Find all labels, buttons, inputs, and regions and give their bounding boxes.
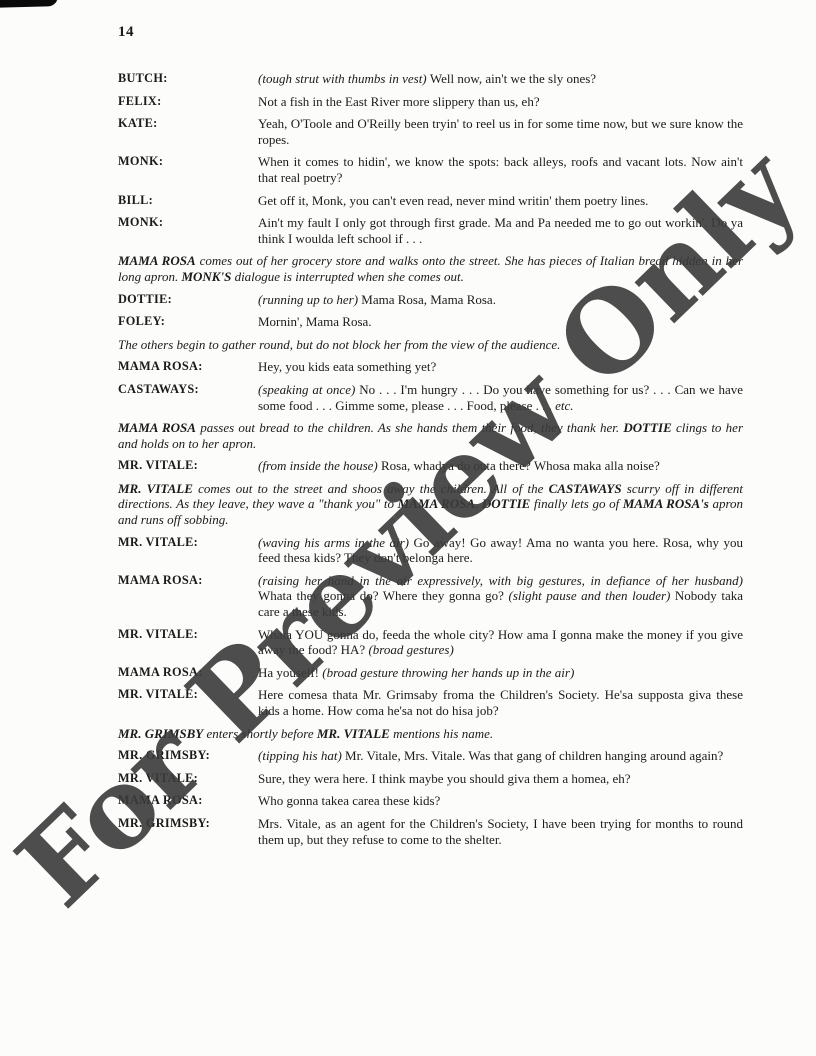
text-segment: DOTTIE [623, 420, 671, 435]
dialogue-row: MR. GRIMSBY:Mrs. Vitale, as an agent for… [118, 816, 743, 847]
dialogue-text: (from inside the house) Rosa, whadya do … [258, 458, 743, 474]
dialogue-text: Sure, they wera here. I think maybe you … [258, 771, 743, 787]
text-segment: enters shortly before [203, 726, 317, 741]
speaker-label: MR. VITALE: [118, 687, 258, 718]
speaker-label: FELIX: [118, 94, 258, 110]
direction-text: The others begin to gather round, but do… [118, 337, 743, 353]
text-segment: Sure, they wera here. I think maybe you … [258, 771, 631, 786]
text-segment: (slight pause and then louder) [509, 588, 675, 603]
direction-text: MR. VITALE comes out to the street and s… [118, 481, 743, 528]
speaker-label: MAMA ROSA: [118, 573, 258, 620]
speaker-label: MR. VITALE: [118, 771, 258, 787]
text-segment: Well now, ain't we the sly ones? [430, 71, 596, 86]
speaker-label: MAMA ROSA: [118, 359, 258, 375]
text-segment: Yeah, O'Toole and O'Reilly been tryin' t… [258, 116, 743, 147]
text-segment: (tough strut with thumbs in vest) [258, 71, 430, 86]
text-segment: etc. [555, 398, 573, 413]
text-segment: DOTTIE [482, 496, 530, 511]
text-segment: Who gonna takea carea these kids? [258, 793, 440, 808]
dialogue-row: MONK:Ain't my fault I only got through f… [118, 215, 743, 246]
dialogue-row: DOTTIE:(running up to her) Mama Rosa, Ma… [118, 292, 743, 308]
text-segment: MR. GRIMSBY [118, 726, 203, 741]
speaker-label: MR. VITALE: [118, 458, 258, 474]
dialogue-text: When it comes to hidin', we know the spo… [258, 154, 743, 185]
stage-direction: MR. VITALE comes out to the street and s… [118, 481, 743, 528]
dialogue-text: Whata YOU gonna do, feeda the whole city… [258, 627, 743, 658]
speaker-label: MONK: [118, 215, 258, 246]
speaker-label: CASTAWAYS: [118, 382, 258, 413]
text-segment: MAMA ROSA [398, 496, 475, 511]
speaker-label: MR. GRIMSBY: [118, 816, 258, 847]
document-page: 14 BUTCH:(tough strut with thumbs in ves… [0, 0, 816, 1056]
stage-direction: MAMA ROSA passes out bread to the childr… [118, 420, 743, 451]
dialogue-row: FELIX:Not a fish in the East River more … [118, 94, 743, 110]
text-segment: mentions his name. [390, 726, 493, 741]
dialogue-row: FOLEY:Mornin', Mama Rosa. [118, 314, 743, 330]
dialogue-row: MAMA ROSA:Hey, you kids eata something y… [118, 359, 743, 375]
dialogue-text: Ain't my fault I only got through first … [258, 215, 743, 246]
text-segment: (from inside the house) [258, 458, 381, 473]
dialogue-row: CASTAWAYS:(speaking at once) No . . . I'… [118, 382, 743, 413]
text-segment: Rosa, whadya do outa there? Whosa maka a… [381, 458, 660, 473]
text-segment: (waving his arms in the air) [258, 535, 413, 550]
dialogue-text: (speaking at once) No . . . I'm hungry .… [258, 382, 743, 413]
dialogue-row: BILL:Get off it, Monk, you can't even re… [118, 193, 743, 209]
dialogue-text: Get off it, Monk, you can't even read, n… [258, 193, 743, 209]
text-segment: (broad gestures) [368, 642, 453, 657]
stage-direction: MAMA ROSA comes out of her grocery store… [118, 253, 743, 284]
text-segment: (speaking at once) [258, 382, 359, 397]
dialogue-row: MAMA ROSA:Who gonna takea carea these ki… [118, 793, 743, 809]
dialogue-text: (raising her hand in the air expressivel… [258, 573, 743, 620]
text-segment: Mrs. Vitale, as an agent for the Childre… [258, 816, 743, 847]
text-segment: Whata YOU gonna do, feeda the whole city… [258, 627, 743, 658]
scan-artifact [0, 0, 58, 8]
stage-direction: MR. GRIMSBY enters shortly before MR. VI… [118, 726, 743, 742]
text-segment: Mama Rosa, Mama Rosa. [361, 292, 496, 307]
text-segment: (broad gesture throwing her hands up in … [322, 665, 574, 680]
speaker-label: MAMA ROSA: [118, 665, 258, 681]
dialogue-text: Not a fish in the East River more slippe… [258, 94, 743, 110]
text-segment: CASTAWAYS [549, 481, 622, 496]
dialogue-row: BUTCH:(tough strut with thumbs in vest) … [118, 71, 743, 87]
dialogue-row: MR. GRIMSBY:(tipping his hat) Mr. Vitale… [118, 748, 743, 764]
text-segment: passes out bread to the children. As she… [196, 420, 623, 435]
text-segment: The others begin to gather round, but do… [118, 337, 560, 352]
speaker-label: MR. GRIMSBY: [118, 748, 258, 764]
text-segment: finally lets go of [530, 496, 623, 511]
speaker-label: FOLEY: [118, 314, 258, 330]
dialogue-row: MAMA ROSA:(raising her hand in the air e… [118, 573, 743, 620]
dialogue-text: Ha youself! (broad gesture throwing her … [258, 665, 743, 681]
text-segment: Mr. Vitale, Mrs. Vitale. Was that gang o… [345, 748, 723, 763]
text-segment: (tipping his hat) [258, 748, 345, 763]
text-segment: Get off it, Monk, you can't even read, n… [258, 193, 648, 208]
text-segment: Whata they gonna do? Where they gonna go… [258, 588, 509, 603]
text-segment: dialogue is interrupted when she comes o… [231, 269, 464, 284]
speaker-label: MONK: [118, 154, 258, 185]
text-segment: Mornin', Mama Rosa. [258, 314, 372, 329]
text-segment: MAMA ROSA's [623, 496, 709, 511]
dialogue-text: (tipping his hat) Mr. Vitale, Mrs. Vital… [258, 748, 743, 764]
speaker-label: MR. VITALE: [118, 535, 258, 566]
dialogue-text: (running up to her) Mama Rosa, Mama Rosa… [258, 292, 743, 308]
dialogue-text: (tough strut with thumbs in vest) Well n… [258, 71, 743, 87]
dialogue-row: MR. VITALE:(from inside the house) Rosa,… [118, 458, 743, 474]
dialogue-row: KATE:Yeah, O'Toole and O'Reilly been try… [118, 116, 743, 147]
text-segment: MR. VITALE [317, 726, 390, 741]
direction-text: MR. GRIMSBY enters shortly before MR. VI… [118, 726, 743, 742]
dialogue-row: MR. VITALE:Sure, they wera here. I think… [118, 771, 743, 787]
speaker-label: BILL: [118, 193, 258, 209]
dialogue-text: Mrs. Vitale, as an agent for the Childre… [258, 816, 743, 847]
text-segment: MONK'S [181, 269, 231, 284]
speaker-label: KATE: [118, 116, 258, 147]
dialogue-row: MR. VITALE:Here comesa thata Mr. Grimsab… [118, 687, 743, 718]
text-segment: Ha youself! [258, 665, 322, 680]
dialogue-row: MR. VITALE:(waving his arms in the air) … [118, 535, 743, 566]
text-segment: MR. VITALE [118, 481, 193, 496]
text-segment: comes out to the street and shoos away t… [193, 481, 549, 496]
text-segment: Not a fish in the East River more slippe… [258, 94, 540, 109]
dialogue-text: Yeah, O'Toole and O'Reilly been tryin' t… [258, 116, 743, 147]
text-segment: MAMA ROSA [118, 420, 196, 435]
dialogue-text: Here comesa thata Mr. Grimsaby froma the… [258, 687, 743, 718]
stage-direction: The others begin to gather round, but do… [118, 337, 743, 353]
text-segment: (running up to her) [258, 292, 361, 307]
dialogue-text: Mornin', Mama Rosa. [258, 314, 743, 330]
text-segment: Ain't my fault I only got through first … [258, 215, 743, 246]
text-segment: Hey, you kids eata something yet? [258, 359, 436, 374]
dialogue-text: Hey, you kids eata something yet? [258, 359, 743, 375]
speaker-label: MAMA ROSA: [118, 793, 258, 809]
dialogue-text: (waving his arms in the air) Go away! Go… [258, 535, 743, 566]
text-segment: Here comesa thata Mr. Grimsaby froma the… [258, 687, 743, 718]
speaker-label: MR. VITALE: [118, 627, 258, 658]
direction-text: MAMA ROSA passes out bread to the childr… [118, 420, 743, 451]
text-segment: When it comes to hidin', we know the spo… [258, 154, 743, 185]
dialogue-text: Who gonna takea carea these kids? [258, 793, 743, 809]
dialogue-row: MONK:When it comes to hidin', we know th… [118, 154, 743, 185]
page-number: 14 [118, 24, 134, 41]
speaker-label: DOTTIE: [118, 292, 258, 308]
text-segment: (raising her hand in the air expressivel… [258, 573, 743, 588]
text-segment: . [475, 496, 482, 511]
speaker-label: BUTCH: [118, 71, 258, 87]
script-body: BUTCH:(tough strut with thumbs in vest) … [118, 71, 743, 854]
dialogue-row: MAMA ROSA:Ha youself! (broad gesture thr… [118, 665, 743, 681]
dialogue-row: MR. VITALE:Whata YOU gonna do, feeda the… [118, 627, 743, 658]
text-segment: MAMA ROSA [118, 253, 196, 268]
direction-text: MAMA ROSA comes out of her grocery store… [118, 253, 743, 284]
